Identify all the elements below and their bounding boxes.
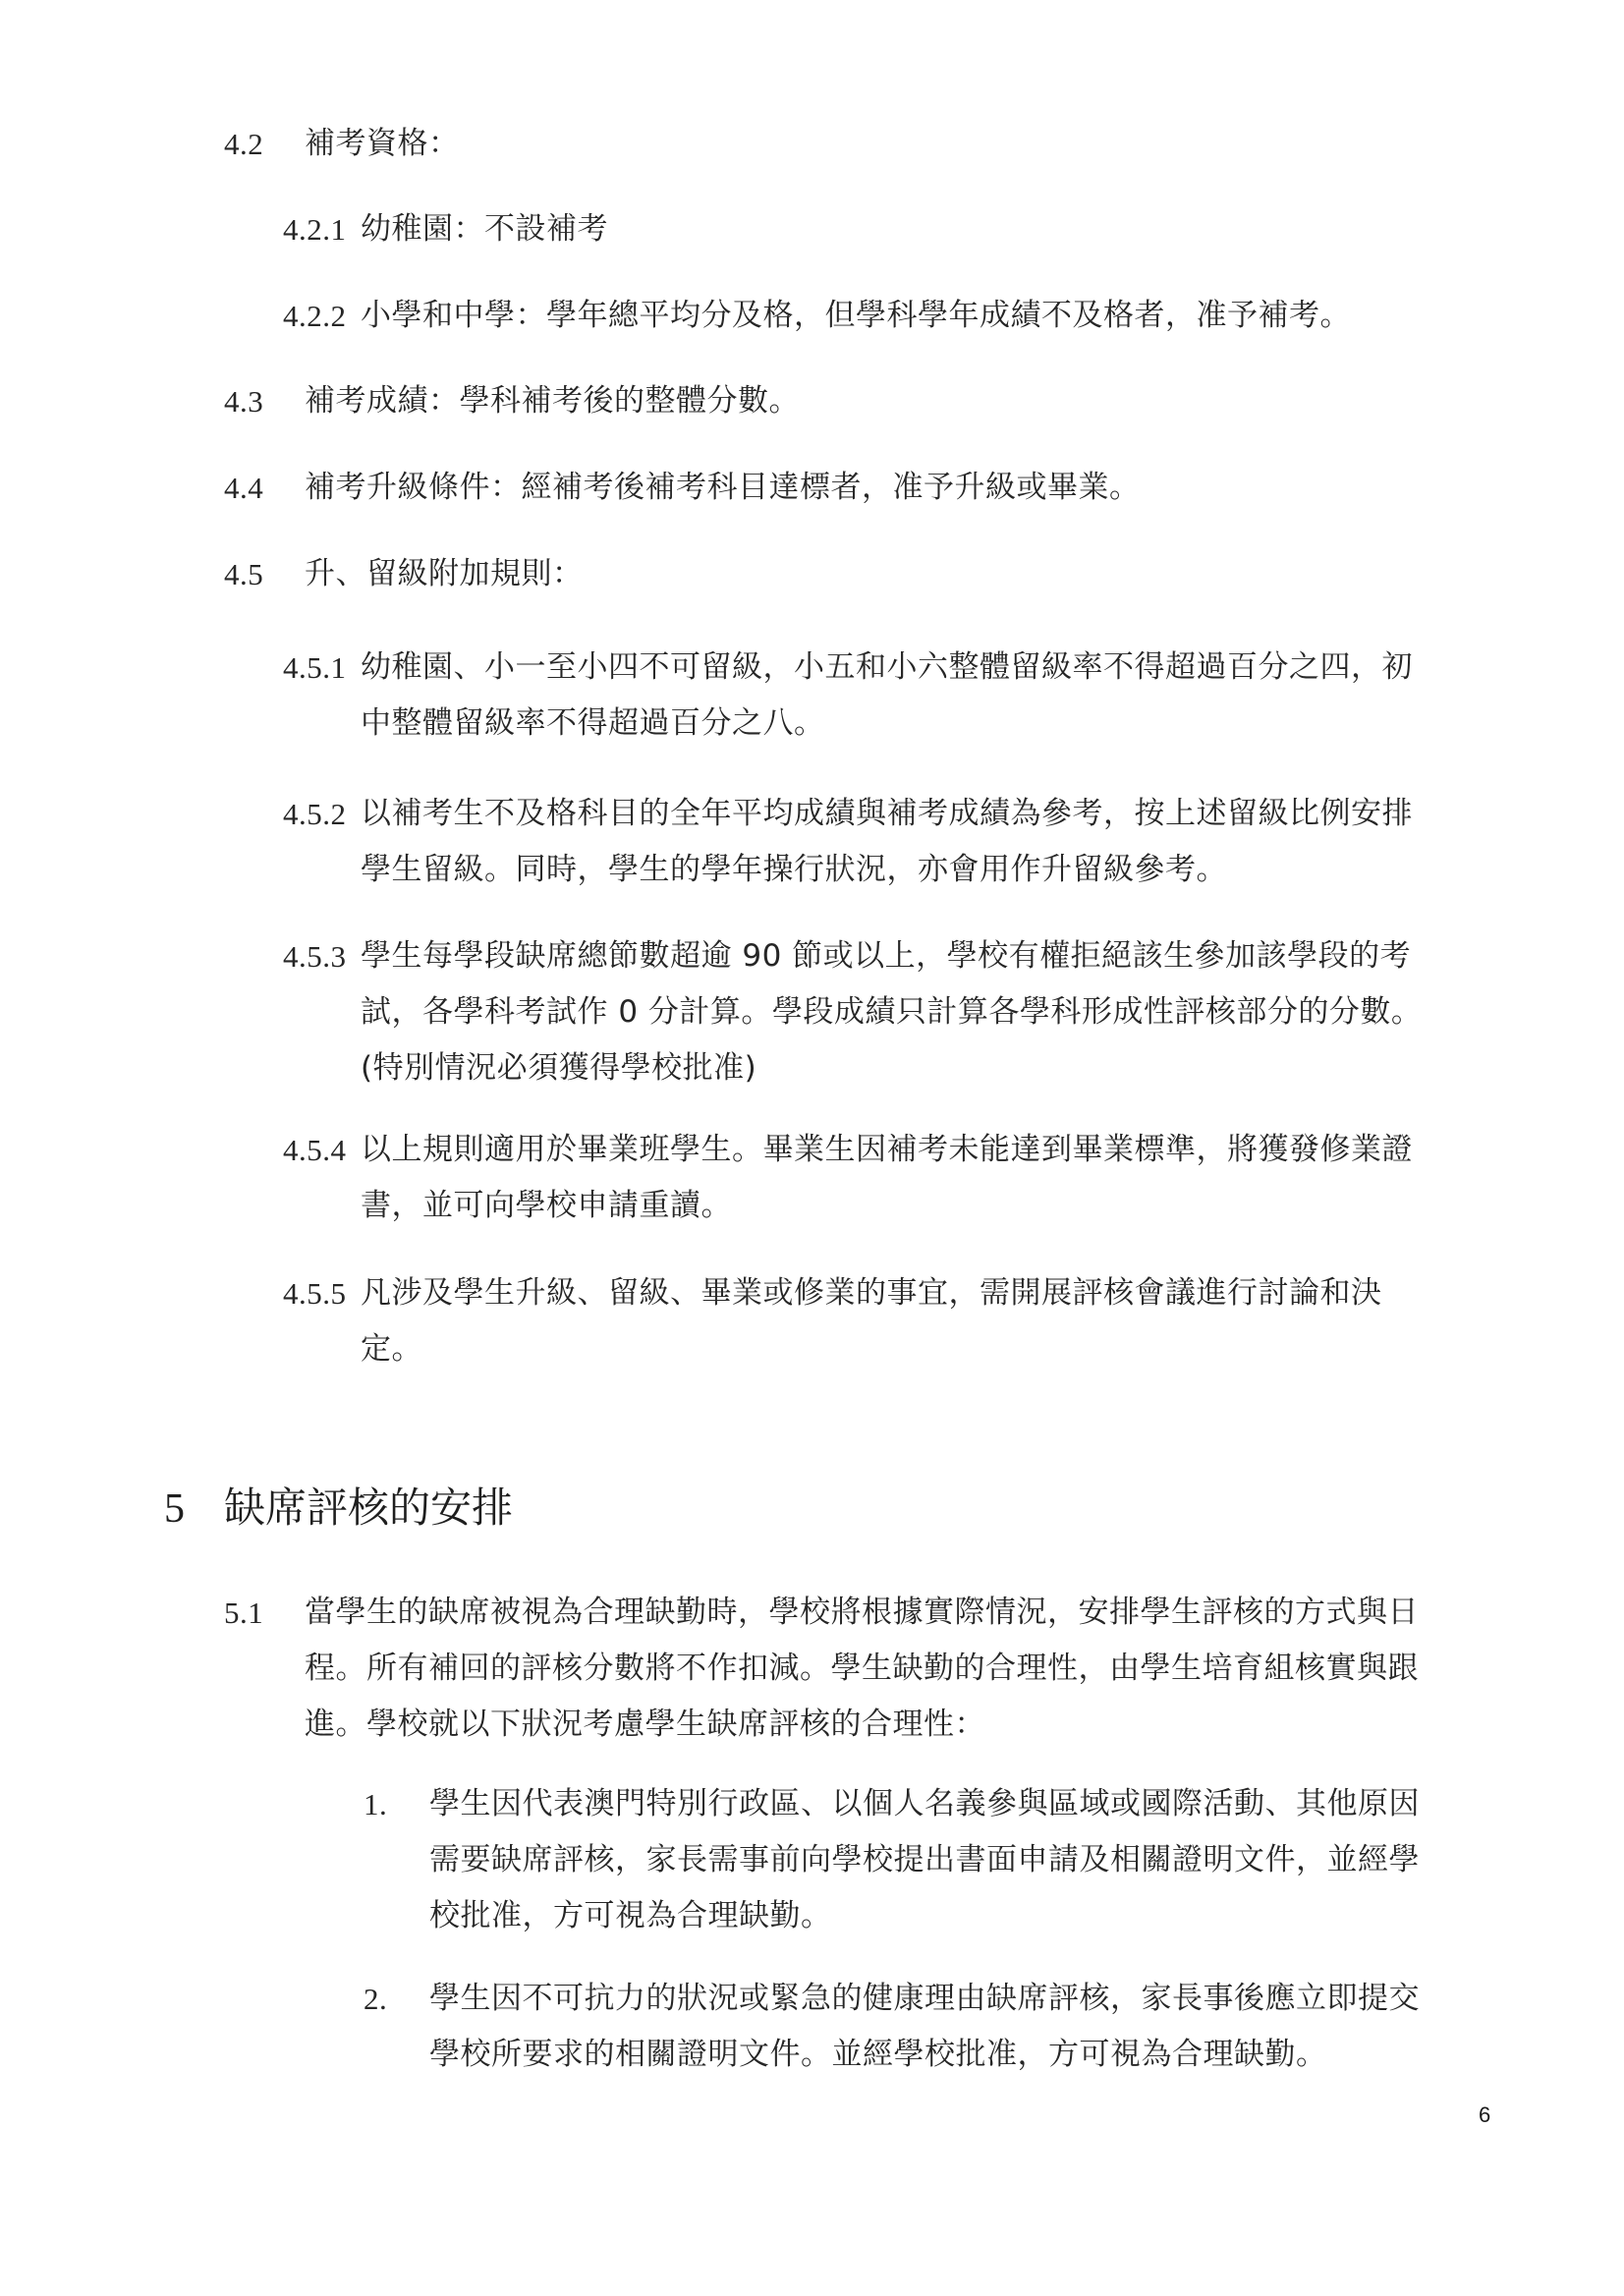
clause-number: 4.3 (224, 373, 263, 429)
list-marker: 2. (364, 1971, 387, 2027)
clause-text: 補考資格： (305, 116, 460, 172)
document-page: 4.2 補考資格： 4.2.1 幼稚園：不設補考 4.2.2 小學和中學：學年總… (0, 0, 1624, 2296)
list-line: 校批准，方可視為合理缺勤。 (429, 1888, 1420, 1944)
clause-number: 4.5.2 (283, 786, 347, 842)
clause-line: 進。學校就以下狀況考慮學生缺席評核的合理性： (305, 1697, 1419, 1753)
clause-text: 升、留級附加規則： (305, 546, 584, 602)
clause-text: 學生每學段缺席總節數超逾 90 節或以上，學校有權拒絕該生參加該學段的考 試，各… (361, 928, 1422, 1096)
list-line: 需要缺席評核，家長需事前向學校提出書面申請及相關證明文件，並經學 (429, 1832, 1420, 1888)
clause-number: 4.5 (224, 546, 263, 602)
clause-line: 以補考生不及格科目的全年平均成績與補考成績為參考，按上述留級比例安排 (361, 786, 1413, 842)
list-marker: 1. (364, 1776, 387, 1832)
clause-text: 補考成績：學科補考後的整體分數。 (305, 373, 800, 429)
clause-number: 4.2 (224, 116, 263, 172)
clause-line: 以上規則適用於畢業班學生。畢業生因補考未能達到畢業標準，將獲發修業證 (361, 1122, 1413, 1178)
clause-number: 5.1 (224, 1585, 263, 1641)
clause-number: 4.2.1 (283, 201, 347, 257)
clause-line: 學生留級。同時，學生的學年操行狀況，亦會用作升留級參考。 (361, 842, 1413, 898)
clause-text: 凡涉及學生升級、留級、畢業或修業的事宜，需開展評核會議進行討論和決 定。 (361, 1265, 1382, 1377)
list-line: 學生因代表澳門特別行政區、以個人名義參與區域或國際活動、其他原因 (429, 1776, 1420, 1832)
clause-number: 4.4 (224, 460, 263, 516)
clause-line: 中整體留級率不得超過百分之八。 (361, 696, 1413, 752)
clause-number: 4.5.4 (283, 1122, 347, 1178)
list-item-text: 學生因代表澳門特別行政區、以個人名義參與區域或國際活動、其他原因 需要缺席評核，… (429, 1776, 1420, 1944)
clause-line: 學生每學段缺席總節數超逾 90 節或以上，學校有權拒絕該生參加該學段的考 (361, 928, 1422, 984)
clause-line: 試，各學科考試作 0 分計算。學段成績只計算各學科形成性評核部分的分數。 (361, 984, 1422, 1040)
section-title: 缺席評核的安排 (224, 1484, 513, 1532)
clause-line: 幼稚園、小一至小四不可留級，小五和小六整體留級率不得超過百分之四，初 (361, 640, 1413, 696)
clause-number: 4.5.1 (283, 640, 347, 696)
clause-number: 4.5.5 (283, 1265, 347, 1321)
clause-text: 幼稚園：不設補考 (361, 201, 608, 257)
clause-text: 以上規則適用於畢業班學生。畢業生因補考未能達到畢業標準，將獲發修業證 書，並可向… (361, 1122, 1413, 1234)
clause-line: 凡涉及學生升級、留級、畢業或修業的事宜，需開展評核會議進行討論和決 (361, 1265, 1382, 1321)
list-line: 學生因不可抗力的狀況或緊急的健康理由缺席評核，家長事後應立即提交 (429, 1971, 1420, 2027)
clause-line: 程。所有補回的評核分數將不作扣減。學生缺勤的合理性，由學生培育組核實與跟 (305, 1641, 1419, 1697)
section-number: 5 (164, 1480, 224, 1539)
clause-number: 4.5.3 (283, 928, 347, 984)
list-item-text: 學生因不可抗力的狀況或緊急的健康理由缺席評核，家長事後應立即提交 學校所要求的相… (429, 1971, 1420, 2083)
clause-line: 當學生的缺席被視為合理缺勤時，學校將根據實際情況，安排學生評核的方式與日 (305, 1585, 1419, 1641)
clause-text: 當學生的缺席被視為合理缺勤時，學校將根據實際情況，安排學生評核的方式與日 程。所… (305, 1585, 1419, 1753)
clause-text: 小學和中學：學年總平均分及格，但學科學年成績不及格者，准予補考。 (361, 288, 1351, 344)
section-heading-5: 5缺席評核的安排 (164, 1479, 513, 1539)
clause-text: 幼稚園、小一至小四不可留級，小五和小六整體留級率不得超過百分之四，初 中整體留級… (361, 640, 1413, 752)
page-number: 6 (1479, 2102, 1490, 2128)
clause-text: 以補考生不及格科目的全年平均成績與補考成績為參考，按上述留級比例安排 學生留級。… (361, 786, 1413, 898)
clause-line: 書，並可向學校申請重讀。 (361, 1178, 1413, 1234)
clause-line: 定。 (361, 1321, 1382, 1377)
clause-text: 補考升級條件：經補考後補考科目達標者，准予升級或畢業。 (305, 460, 1141, 516)
clause-number: 4.2.2 (283, 288, 347, 344)
list-line: 學校所要求的相關證明文件。並經學校批准，方可視為合理缺勤。 (429, 2027, 1420, 2083)
clause-line: (特別情況必須獲得學校批准) (361, 1040, 1422, 1096)
